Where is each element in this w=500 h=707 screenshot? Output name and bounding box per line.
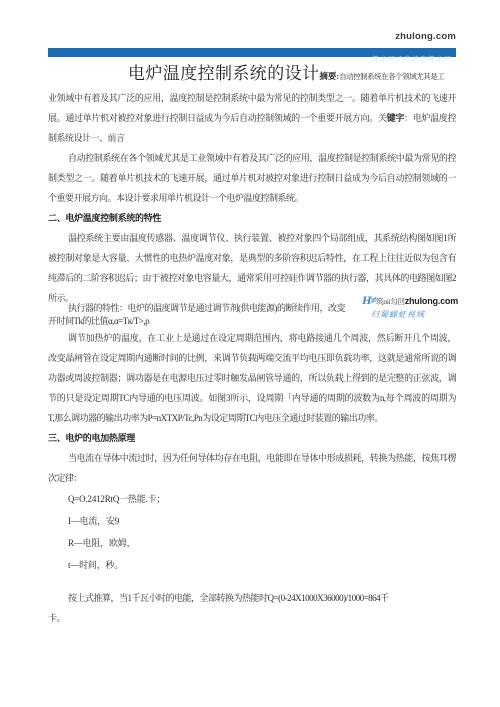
formula-line: R—电阻，欧姆， <box>48 532 456 554</box>
text-line: 功器或周波控制器；调功器是在电源电压过零时触发晶闸管导通的，所以负载上得到的是完… <box>48 368 456 388</box>
watermark-mid-text: 筑nii勾回 <box>376 297 405 306</box>
calculation-paragraph: 按上式推算，当1千瓦小时的电能，全部转换为热能时Q=(0-24X1000X360… <box>48 588 456 628</box>
brand-bar: 筑龙网了我就在筑龙网 <box>48 48 456 57</box>
formula-line: Q=O.2412RtQ一热能.卡； <box>48 488 456 510</box>
text-line: 展。通过单片机对被控对象进行控制日益成为今后自动控制领域的一个重要开展方向。关键… <box>48 108 456 128</box>
formula-line: t—时间，秒。 <box>48 554 456 576</box>
text-line: 自动控制系统在各个领域尤其是工业领域中有着及其广泛的应用，温度控制是控制系统中最… <box>48 148 456 168</box>
document-page: zhulong.com 筑龙网了我就在筑龙网 电炉温度控制系统的设计摘要:自动控… <box>0 0 500 707</box>
text-line: 温控系统主要由温度传感器、温度调节仪、执行装置、被控对象四个局部组成，其系统结构… <box>48 228 456 248</box>
text-line: 制类型之一。随着单片机技术的飞速开展，通过单片机对被控对象进行控制日益成为今后自… <box>48 168 456 188</box>
watermark: H≠筑nii勾回zhulong.com 归蜀蝴蚟视域 <box>338 294 458 320</box>
text-line: 纯滞后的二阶容积迟后；由于被控对象电容量大，通常采用可控硅作调节器的执行器，其具… <box>48 268 456 288</box>
regulate-paragraph: 调节加热炉的温度，在工业上是通过在设定周期范围内，将电路接通几个周波，然后断开几… <box>48 328 456 428</box>
page-title: 电炉温度控制系统的设计 <box>128 64 319 83</box>
intro-paragraph: 自动控制系统在各个领域尤其是工业领域中有着及其广泛的应用，温度控制是控制系统中最… <box>48 148 456 208</box>
zhulong-logo: zhulong.com <box>48 30 456 44</box>
text-line: 调节加热炉的温度，在工业上是通过在设定周期范围内，将电路接通几个周波，然后断开几… <box>48 328 456 348</box>
text-line: 节的只是设定周期TC内导通的电压周波。如图3所示，设周期「内导通的周期的波数为n… <box>48 388 456 408</box>
heating-paragraph: 当电流在导体中流过时，因为任何导体均存在电阻，电能即在导体中形成损耗，转换为热能… <box>48 448 456 488</box>
text-line: T,那么调功器的输出功率为P=nXTXP/Tc,Pn为设定周期TC内电压全通过时… <box>48 408 456 428</box>
text-line: 次定律： <box>48 468 456 488</box>
text-line: 按上式推算，当1千瓦小时的电能，全部转换为热能时Q=(0-24X1000X360… <box>48 588 456 608</box>
watermark-script-mark: H≠ <box>362 293 376 307</box>
text-line: 个重要开展方向。本设计要求用单片机设计一个电炉温度控制系统。 <box>48 188 456 208</box>
keywords-label: 键字 <box>387 113 404 123</box>
section-heading-3: 三、电炉的电加热原理 <box>48 428 456 448</box>
abstract-label: 摘要: <box>319 71 339 81</box>
abstract-lead-text: 自动控制系统在各个领域尤其是工 <box>339 72 444 81</box>
formula-line: I—电流，安9 <box>48 510 456 532</box>
watermark-brand: zhulong.com <box>405 296 458 306</box>
text-segment: 展。通过单片机对被控对象进行控制日益成为今后自动控制领域的一个重要开展方向。关 <box>48 113 387 123</box>
text-segment: ：电炉温度控 <box>404 113 456 123</box>
watermark-caption: 归蜀蝴蚟视域 <box>338 309 458 320</box>
section-heading-2: 二、电炉温度控制系统的特性 <box>48 208 456 228</box>
text-line: 改变晶闸管在设定周期内通断时间的比例，来调节负载两端交流平均电压即负载功率，这就… <box>48 348 456 368</box>
text-line: 制系统设计一、前言 <box>48 128 456 148</box>
title-line: 电炉温度控制系统的设计摘要:自动控制系统在各个领域尤其是工 <box>48 60 456 88</box>
formula-list: Q=O.2412RtQ一热能.卡；I—电流，安9R—电阻，欧姆，t—时间，秒。 <box>48 488 456 576</box>
text-line: 当电流在导体中流过时，因为任何导体均存在电阻，电能即在导体中形成损耗，转换为热能… <box>48 448 456 468</box>
text-line: 卡。 <box>48 608 456 628</box>
abstract-paragraph: 业领域中有着及其广泛的应用，温度控制是控制系统中最为常见的控制类型之一。随着单片… <box>48 88 456 148</box>
text-line: 业领域中有着及其广泛的应用，温度控制是控制系统中最为常见的控制类型之一。随着单片… <box>48 88 456 108</box>
watermark-line1: H≠筑nii勾回zhulong.com <box>338 294 458 308</box>
text-line: 被控制对象是大容量、大惯性的电热炉温度对象，是典型的多阶容积迟后特性，在工程上往… <box>48 248 456 268</box>
